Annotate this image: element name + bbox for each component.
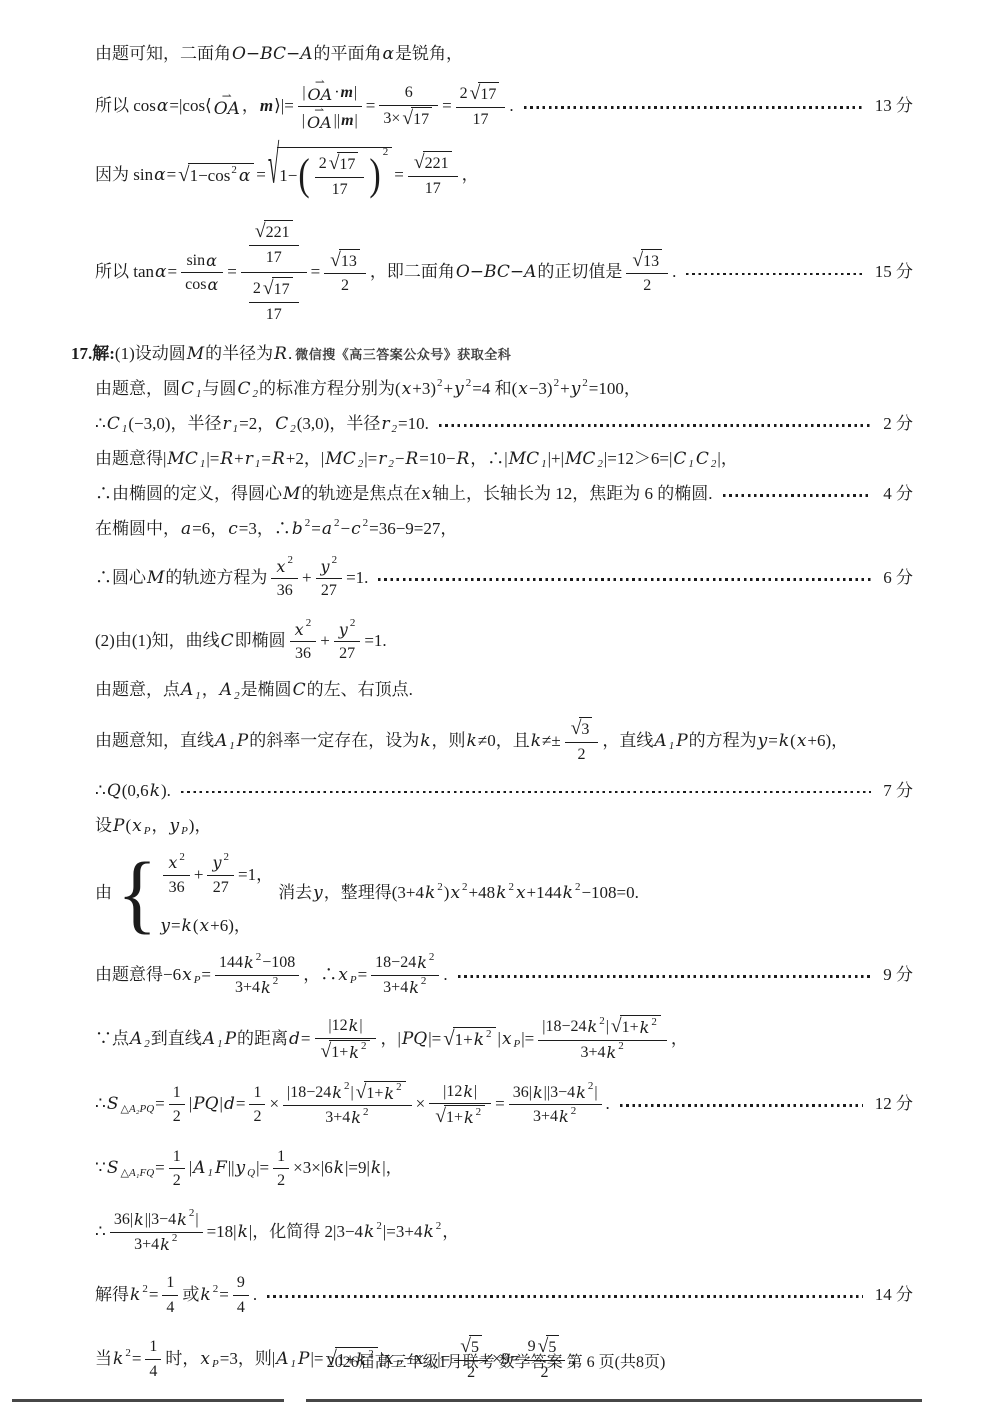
vector-arrow: ⇀OA <box>307 78 334 103</box>
fraction: 14 <box>162 1271 178 1319</box>
equation-system: {x236+y227=1，y=k(x+6)， <box>117 849 273 938</box>
fraction: |18−24k2|√1+k23+4k2 <box>538 1014 667 1064</box>
square-root: √1+k2 <box>443 1027 495 1052</box>
line-centers-radii: ∴C1(−3,0)，半径 r1=2，C2(3,0)，半径 r2=10.2 分 <box>95 413 913 437</box>
fraction: 18−24k23+4k2 <box>371 951 439 999</box>
line-mc-distances: 由题意得|MC1|=R+r1=R+2，|MC2|=r2−R=10−R，∴|MC1… <box>95 448 913 472</box>
page-footer: 2026届高三年级1月联考 数学答案 第 6 页(共8页) <box>0 1349 992 1372</box>
fraction: 12 <box>249 1081 265 1129</box>
score-label: 2 分 <box>883 413 913 436</box>
score-label: 14 分 <box>875 1284 913 1307</box>
line-q17-start: 17.解:(1)设动圆 M 的半径为 R.微信搜《高三答案公众号》获取全科 <box>71 343 913 367</box>
fraction: √22117 <box>408 150 458 200</box>
fraction: 12 <box>169 1081 185 1129</box>
line-sin-alpha: 因为 sin α=√1−cos2α=√1−(2√1717)2=√22117， <box>95 147 913 203</box>
square-root: √1−(2√1717)2 <box>268 147 392 203</box>
fraction: |⇀OA · m||⇀OA||m| <box>298 79 362 134</box>
fraction: 63×√17 <box>379 81 438 131</box>
line-part2-curve: (2)由(1)知，曲线 C 即椭圆x236+y227=1. <box>95 616 913 668</box>
fraction: 94 <box>233 1271 249 1319</box>
square-root: √221 <box>414 151 452 175</box>
fraction: y227 <box>316 555 343 603</box>
square-root: √3 <box>571 717 593 741</box>
square-root: √1+k2 <box>435 1105 485 1129</box>
line-k-squared: 解得 k2=14或 k2=94.14 分 <box>95 1269 913 1321</box>
line-trajectory-equation: ∴圆心 M 的轨迹方程为x236+y227=1. 6 分 <box>95 553 913 605</box>
line-circle-equations: 由题意，圆 C1与圆 C2的标准方程分别为(x+3)2+y2=4 和(x−3)2… <box>95 378 913 402</box>
fraction: √32 <box>565 716 599 766</box>
line-slope-setup: 由题意知，直线 A1P 的斜率一定存在，设为 k，则 k≠0，且 k≠±√32，… <box>95 714 913 768</box>
fraction: y227 <box>207 851 234 899</box>
line-point-p: 设 P(xP，yP)， <box>95 814 913 838</box>
square-root: √221 <box>255 220 293 244</box>
answer-body: 由题可知，二面角 O−BC−A 的平面角 α 是锐角，所以 cos α=|cos… <box>95 42 913 1398</box>
vector-arrow: ⇀OA <box>306 106 333 131</box>
square-root: √13 <box>330 249 360 273</box>
dotted-leader <box>267 1295 863 1298</box>
line-point-q: ∴Q(0,6k).7 分 <box>95 779 913 803</box>
score-label: 12 分 <box>875 1093 913 1116</box>
dotted-leader <box>620 1104 863 1107</box>
dotted-leader <box>524 106 863 109</box>
dotted-leader <box>458 975 872 978</box>
square-root: √13 <box>632 249 662 273</box>
fraction: x236 <box>271 555 298 603</box>
fraction: 2√1717 <box>456 81 506 131</box>
line-system-elimination: 由{x236+y227=1，y=k(x+6)，消去 y，整理得(3+4k2)x2… <box>95 849 913 938</box>
fraction: x236 <box>163 851 190 899</box>
fraction: |12k|√1+k2 <box>429 1080 491 1130</box>
square-root: √17 <box>470 82 500 106</box>
square-root: √1+k2 <box>321 1040 371 1064</box>
score-label: 7 分 <box>883 780 913 803</box>
fraction: y227 <box>334 618 361 666</box>
line-area-a2pq: ∴S△A₂PQ=12|PQ|d=12×|18−24k2|√1+k23+4k2×|… <box>95 1078 913 1132</box>
line-xp-solution: 由题意得−6xP=144k2−1083+4k2，∴xP=18−24k23+4k2… <box>95 949 913 1001</box>
square-root: √17 <box>263 277 293 301</box>
fraction: x236 <box>290 618 317 666</box>
fraction: 36|k||3−4k2|3+4k2 <box>509 1081 602 1129</box>
vector-arrow: ⇀OA <box>213 92 241 118</box>
square-root: √17 <box>329 152 359 176</box>
square-root: √1−cos2α <box>178 163 254 188</box>
fraction: 36|k||3−4k2|3+4k2 <box>110 1208 203 1256</box>
fraction: |12k|√1+k2 <box>315 1014 377 1064</box>
fraction: 2√1717 <box>315 151 365 201</box>
dotted-leader <box>723 494 872 497</box>
fraction: 2√1717 <box>249 276 299 326</box>
dotted-leader <box>181 791 871 794</box>
fraction: sin αcos α <box>181 249 223 297</box>
score-label: 4 分 <box>883 483 913 506</box>
line-dihedral-angle: 由题可知，二面角 O−BC−A 的平面角 α 是锐角， <box>95 42 913 66</box>
line-distance-pq: ∵点 A2到直线 A1P 的距离 d=|12k|√1+k2，|PQ|=√1+k2… <box>95 1012 913 1066</box>
line-vertices: 由题意，点 A1，A2是椭圆 C 的左、右顶点. <box>95 679 913 703</box>
fraction: √132 <box>626 248 668 298</box>
line-simplify: ∴36|k||3−4k2|3+4k2=18|k|，化简得 2|3−4k2|=3+… <box>95 1206 913 1258</box>
dotted-leader <box>378 578 871 581</box>
fraction: |18−24k2|√1+k23+4k2 <box>283 1080 412 1130</box>
score-label: 13 分 <box>875 95 913 118</box>
score-label: 9 分 <box>883 964 913 987</box>
fraction: √221172√1717 <box>241 216 307 329</box>
line-ellipse-definition: ∴由椭圆的定义，得圆心 M 的轨迹是焦点在 x 轴上，长轴长为 12，焦距为 6… <box>95 483 913 507</box>
fraction: √132 <box>324 248 366 298</box>
fraction: 12 <box>169 1145 185 1193</box>
dotted-leader <box>439 424 871 427</box>
watermark-text: 微信搜《高三答案公众号》获取全科 <box>295 346 511 364</box>
line-tan-alpha: 所以 tan α=sin αcos α=√221172√1717=√132，即二… <box>95 214 913 331</box>
fraction: 12 <box>273 1145 289 1193</box>
square-root: √1+k2 <box>611 1015 661 1039</box>
score-label: 6 分 <box>883 567 913 590</box>
fraction: √22117 <box>249 219 299 269</box>
square-root: √17 <box>402 107 432 131</box>
line-area-a1fq: ∵S△A₁FQ=12|A1F||yQ|=12×3×|6k|=9|k|， <box>95 1143 913 1195</box>
score-label: 15 分 <box>875 261 913 284</box>
line-ellipse-abc: 在椭圆中，a=6，c=3，∴b2=a2−c2=36−9=27， <box>95 518 913 542</box>
square-root: √1+k2 <box>356 1081 406 1105</box>
line-cos-alpha: 所以 cos α=|cos⟨⇀OA，m⟩|=|⇀OA · m||⇀OA||m|=… <box>95 77 913 136</box>
dotted-leader <box>686 273 862 276</box>
answer-sheet-page: 由题可知，二面角 O−BC−A 的平面角 α 是锐角，所以 cos α=|cos… <box>0 0 992 1402</box>
fraction: 144k2−1083+4k2 <box>215 951 299 999</box>
